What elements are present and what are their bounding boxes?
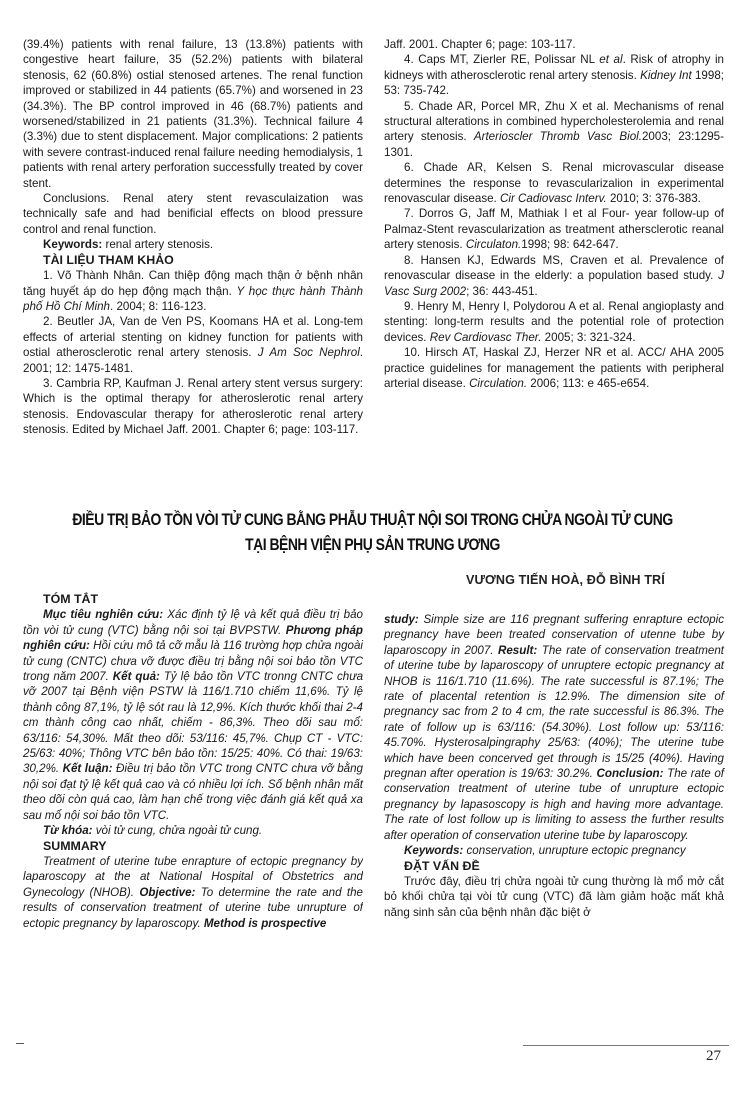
summary-body: Treatment of uterine tube enrapture of e…: [23, 854, 363, 962]
reference-8: 8. Hansen KJ, Edwards MS, Craven et al. …: [384, 253, 724, 299]
references-heading: TÀI LIỆU THAM KHẢO: [43, 253, 363, 268]
intro-text: Trước đây, điều trị chửa ngoài tử cung t…: [384, 874, 724, 920]
article-column-right: study: Simple size are 116 pregnant suff…: [384, 612, 724, 920]
reference-6: 6. Chade AR, Kelsen S. Renal microvascul…: [384, 160, 724, 206]
tom-tat-heading: TÓM TẮT: [43, 592, 363, 607]
reference-9: 9. Henry M, Henry I, Polydorou A et al. …: [384, 299, 724, 345]
article-title-line-2: TẠI BỆNH VIỆN PHỤ SẢN TRUNG ƯƠNG: [67, 533, 678, 557]
reference-3: 3. Cambria RP, Kaufman J. Renal artery s…: [23, 376, 363, 438]
tom-tat-keywords: Từ khóa: vòi tử cung, chửa ngoài tử cung…: [23, 823, 363, 838]
prev-article-column-left: (39.4%) patients with renal failure, 13 …: [23, 37, 363, 438]
intro-heading: ĐẶT VẤN ĐỀ: [404, 859, 724, 874]
reference-7: 7. Dorros G, Jaff M, Mathiak I et al Fou…: [384, 206, 724, 252]
page-number: 27: [706, 1048, 721, 1065]
reference-1: 1. Võ Thành Nhân. Can thiệp động mạch th…: [23, 268, 363, 314]
article-column-left: TÓM TẮT Mục tiêu nghiên cứu: Xác định tỷ…: [23, 592, 363, 962]
reference-10: 10. Hirsch AT, Haskal ZJ, Herzer NR et a…: [384, 345, 724, 391]
prev-keywords: Keywords: renal artery stenosis.: [23, 237, 363, 252]
reference-2: 2. Beutler JA, Van de Ven PS, Koomans HA…: [23, 314, 363, 376]
prev-keywords-text: renal artery stenosis.: [102, 238, 213, 251]
reference-3-continued: Jaff. 2001. Chapter 6; page: 103-117.: [384, 37, 724, 52]
footer-rule: [523, 1045, 729, 1046]
tom-tat-body: Mục tiêu nghiên cứu: Xác định tỷ lệ và k…: [23, 607, 363, 823]
prev-article-column-right: Jaff. 2001. Chapter 6; page: 103-117. 4.…: [384, 37, 724, 391]
reference-4: 4. Caps MT, Zierler RE, Polissar NL et a…: [384, 52, 724, 98]
summary-body-continued: study: Simple size are 116 pregnant suff…: [384, 612, 724, 843]
summary-keywords: Keywords: conservation, unrupture ectopi…: [384, 843, 724, 858]
footer-left-mark: [16, 1043, 24, 1044]
summary-heading: SUMMARY: [43, 839, 363, 854]
reference-5: 5. Chade AR, Porcel MR, Zhu X et al. Mec…: [384, 99, 724, 161]
prev-conclusions: Conclusions. Renal atery stent revascula…: [23, 191, 363, 237]
prev-keywords-label: Keywords:: [43, 238, 102, 251]
article-authors: VƯƠNG TIẾN HOÀ, ĐỖ BÌNH TRÍ: [466, 573, 665, 587]
article-title-line-1: ĐIỀU TRỊ BẢO TỒN VÒI TỬ CUNG BẰNG PHẪU T…: [67, 508, 678, 532]
prev-abstract-tail: (39.4%) patients with renal failure, 13 …: [23, 37, 363, 191]
